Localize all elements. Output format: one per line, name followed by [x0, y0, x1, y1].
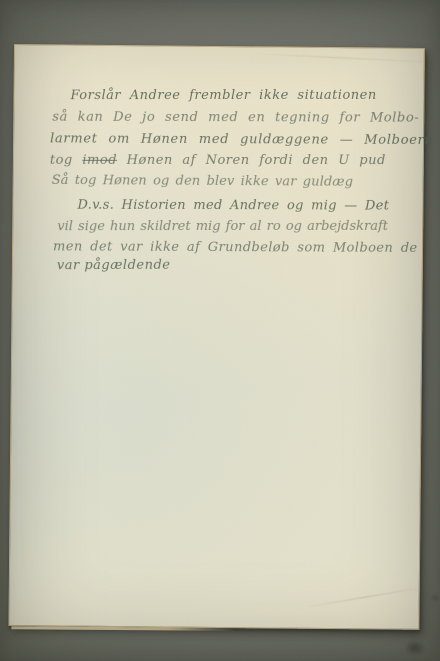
- handwriting-text: så kan De jo send med en tegning for Mol…: [52, 110, 419, 126]
- handwriting-text: larmet om Hønen med guldæggene — Molboer…: [50, 131, 434, 148]
- handwriting-struck-word: imod: [82, 153, 117, 168]
- background-stain: [400, 637, 430, 659]
- paper-sheet: Forslår Andree frembler ikke situationen…: [8, 44, 425, 630]
- handwriting-text: tog: [50, 153, 83, 168]
- background-stain-small: [428, 592, 440, 604]
- handwriting-text: vil sige hun skildret mig for al ro og a…: [57, 219, 388, 234]
- handwriting-line: Så tog Hønen og den blev ikke var guldæg: [52, 174, 353, 190]
- photograph-of-note: Forslår Andree frembler ikke situationen…: [0, 0, 440, 661]
- handwriting-text: Hønen af Noren fordi den U pud: [117, 153, 386, 168]
- handwriting-text: men det var ikke af Grundbeløb som Molbo…: [53, 239, 418, 256]
- handwritten-note: Forslår Andree frembler ikke situationen…: [9, 45, 424, 629]
- handwriting-line: D.v.s. Historien med Andree og mig — Det: [77, 199, 389, 214]
- handwriting-line: var pågældende: [57, 259, 171, 274]
- handwriting-text: var pågældende: [57, 258, 171, 273]
- handwriting-line: vil sige hun skildret mig for al ro og a…: [57, 220, 388, 235]
- handwriting-text: Så tog Hønen og den blev ikke var guldæg: [52, 173, 353, 190]
- handwriting-text: Forslår Andree frembler ikke situationen: [71, 88, 377, 103]
- handwriting-line: så kan De jo send med en tegning for Mol…: [52, 111, 419, 126]
- handwriting-line: men det var ikke af Grundbeløb som Molbo…: [53, 240, 418, 256]
- handwriting-text: D.v.s. Historien med Andree og mig — Det: [77, 198, 389, 214]
- handwriting-line: larmet om Hønen med guldæggene — Molboer…: [50, 132, 434, 148]
- handwriting-line: tog imod Hønen af Noren fordi den U pud: [50, 154, 386, 169]
- handwriting-line: Forslår Andree frembler ikke situationen: [71, 89, 377, 104]
